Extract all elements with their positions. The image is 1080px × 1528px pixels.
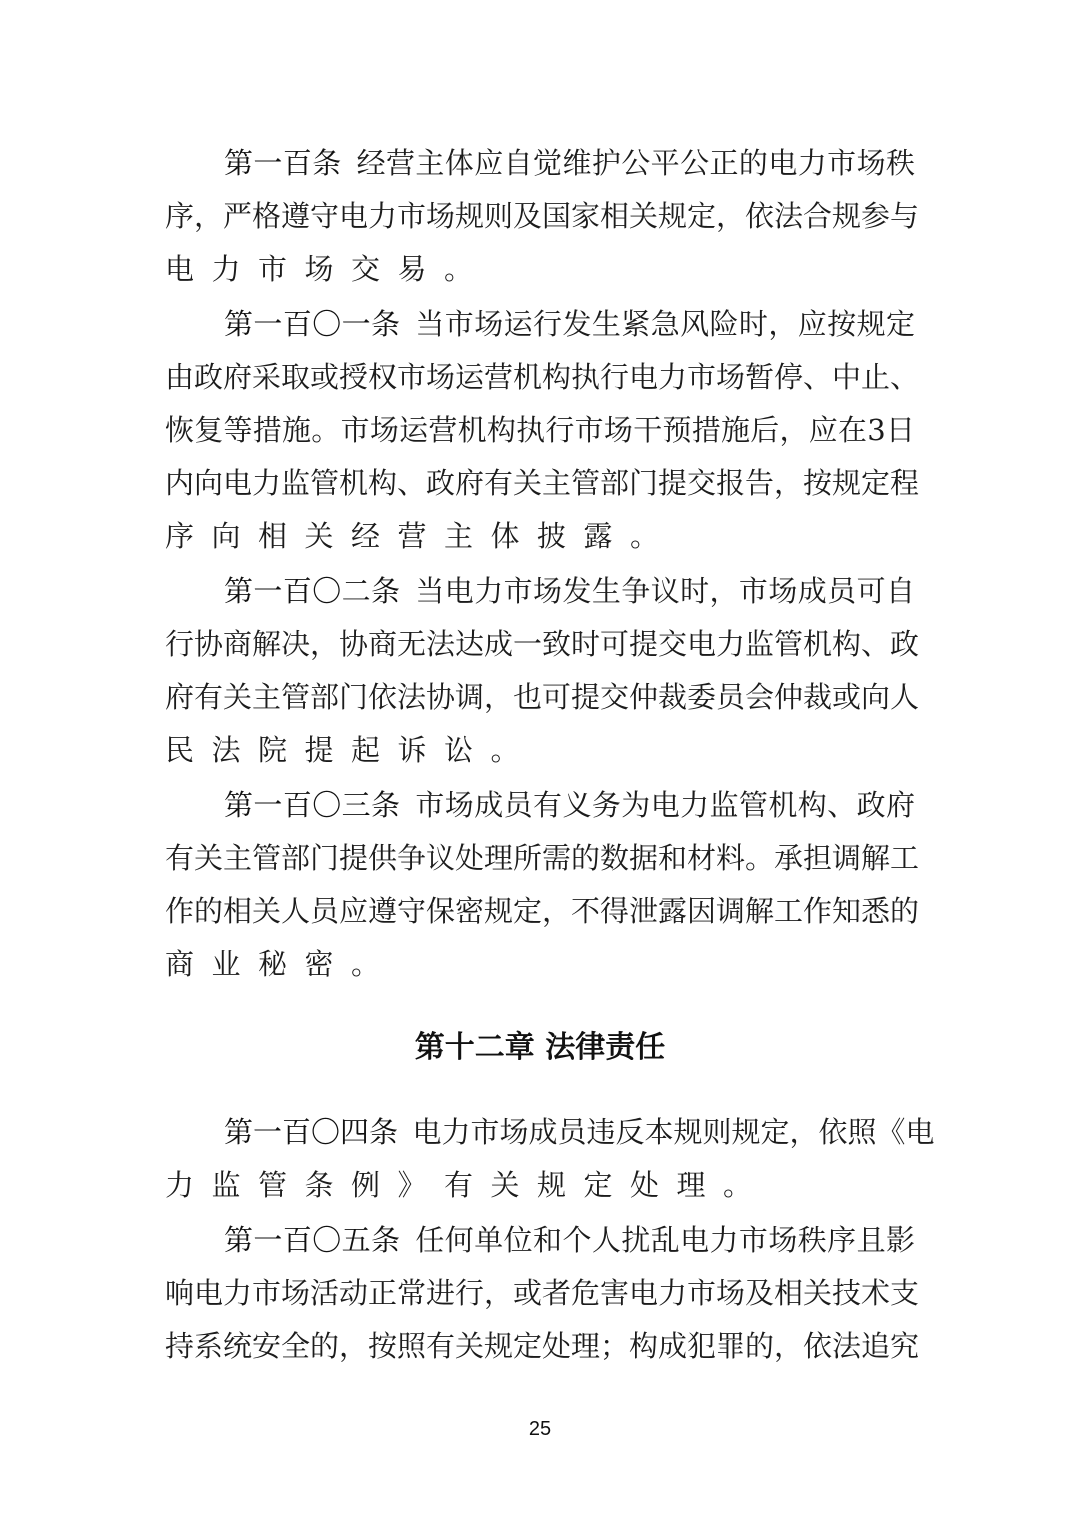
article-102-line-3: 府有关主管部门依法协调，也可提交仲裁委员会仲裁或向人 <box>165 677 915 717</box>
article-103-line-3: 作的相关人员应遵守保密规定，不得泄露因调解工作知悉的 <box>165 891 915 931</box>
article-100-line-3: 电力市场交易。 <box>165 249 915 289</box>
article-text: 任何单位和个人扰乱电力市场秩序且影 <box>415 1223 915 1257</box>
article-103-line-1: 第一百〇三条 市场成员有义务为电力监管机构、政府 <box>224 785 915 825</box>
article-label: 第一百〇三条 <box>224 788 400 822</box>
article-label: 第一百〇二条 <box>224 574 400 608</box>
article-label: 第一百〇四条 <box>224 1115 398 1149</box>
chapter-heading: 第十二章 法律责任 <box>0 1028 1080 1068</box>
page-number: 25 <box>0 1416 1080 1442</box>
article-101-line-2: 由政府采取或授权市场运营机构执行电力市场暂停、中止、 <box>165 357 915 397</box>
article-101-line-4: 内向电力监管机构、政府有关主管部门提交报告，按规定程 <box>165 463 915 503</box>
article-102-line-2: 行协商解决，协商无法达成一致时可提交电力监管机构、政 <box>165 624 915 664</box>
article-text: 电力市场成员违反本规则规定，依照《电 <box>413 1115 935 1149</box>
article-101-line-5: 序向相关经营主体披露。 <box>165 516 915 556</box>
article-105-line-2: 响电力市场活动正常进行，或者危害电力市场及相关技术支 <box>165 1273 915 1313</box>
article-label: 第一百〇一条 <box>224 307 400 341</box>
article-101-line-1: 第一百〇一条 当市场运行发生紧急风险时，应按规定 <box>224 304 915 344</box>
article-text: 市场成员有义务为电力监管机构、政府 <box>415 788 915 822</box>
article-104-line-1: 第一百〇四条 电力市场成员违反本规则规定，依照《电 <box>224 1112 915 1152</box>
article-105-line-3: 持系统安全的，按照有关规定处理；构成犯罪的，依法追究 <box>165 1326 915 1366</box>
article-104-line-2: 力监管条例》有关规定处理。 <box>165 1165 915 1205</box>
article-103-line-4: 商业秘密。 <box>165 944 915 984</box>
article-text: 当市场运行发生紧急风险时，应按规定 <box>415 307 915 341</box>
article-100-line-1: 第一百条 经营主体应自觉维护公平公正的电力市场秩 <box>224 143 915 183</box>
article-text: 经营主体应自觉维护公平公正的电力市场秩 <box>356 146 915 180</box>
article-label: 第一百条 <box>224 146 342 180</box>
article-102-line-4: 民法院提起诉讼。 <box>165 730 915 770</box>
article-text: 当电力市场发生争议时，市场成员可自 <box>415 574 915 608</box>
article-105-line-1: 第一百〇五条 任何单位和个人扰乱电力市场秩序且影 <box>224 1220 915 1260</box>
article-103-line-2: 有关主管部门提供争议处理所需的数据和材料。承担调解工 <box>165 838 915 878</box>
article-101-line-3: 恢复等措施。市场运营机构执行市场干预措施后，应在3日 <box>165 410 915 450</box>
article-102-line-1: 第一百〇二条 当电力市场发生争议时，市场成员可自 <box>224 571 915 611</box>
article-label: 第一百〇五条 <box>224 1223 400 1257</box>
article-100-line-2: 序，严格遵守电力市场规则及国家相关规定，依法合规参与 <box>165 196 915 236</box>
document-page: 第一百条 经营主体应自觉维护公平公正的电力市场秩 序，严格遵守电力市场规则及国家… <box>0 0 1080 1528</box>
